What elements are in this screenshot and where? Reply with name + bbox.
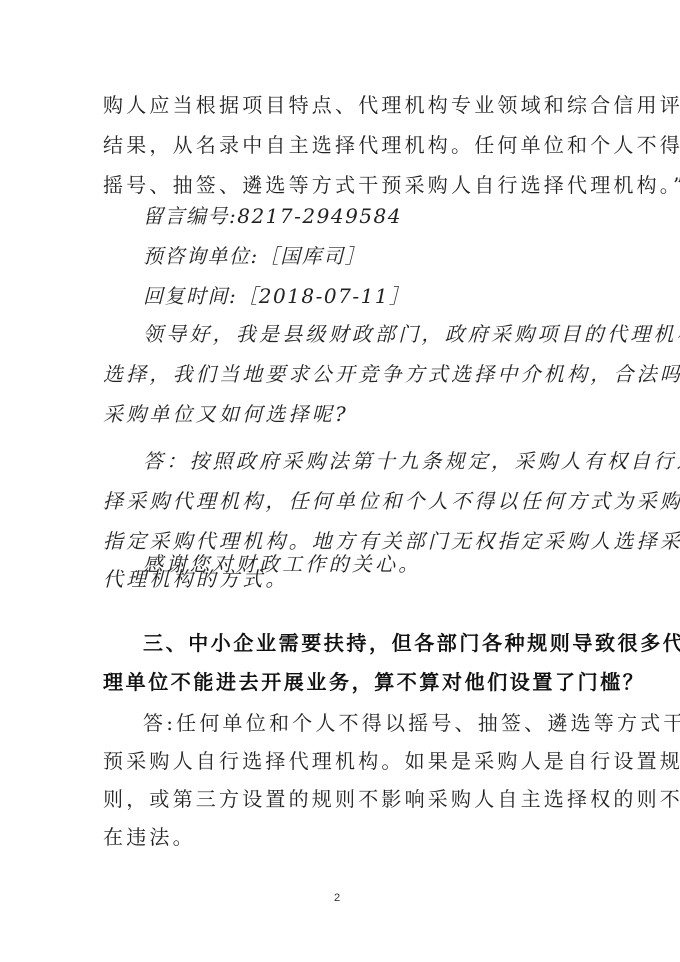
answer-line-2: 择采购代理机构，任何单位和个人不得以任何方式为采购人 bbox=[103, 488, 680, 514]
page-number: 2 bbox=[334, 892, 340, 904]
answer-line-1: 答：按照政府采购法第十九条规定，采购人有权自行选 bbox=[143, 448, 680, 474]
document-page: 购人应当根据项目特点、代理机构专业领域和综合信用评价 结果，从名录中自主选择代理… bbox=[0, 0, 680, 962]
consulted-unit: 预咨询单位:［国库司］ bbox=[143, 243, 366, 269]
question-line-3: 采购单位又如何选择呢? bbox=[103, 401, 349, 427]
thanks-line: 感谢您对财政工作的关心。 bbox=[143, 551, 421, 577]
section-three-answer-line-3: 则，或第三方设置的规则不影响采购人自主选择权的则不存 bbox=[103, 786, 680, 812]
section-three-answer-line-2: 预采购人自行选择代理机构。如果是采购人是自行设置规 bbox=[103, 748, 680, 774]
continued-paragraph-line-3: 摇号、抽签、遴选等方式干预采购人自行选择代理机构。” bbox=[103, 172, 680, 198]
question-line-2: 选择，我们当地要求公开竞争方式选择中介机构，合法吗? bbox=[103, 361, 680, 387]
section-three-answer-line-4: 在违法。 bbox=[103, 824, 196, 850]
continued-paragraph-line-1: 购人应当根据项目特点、代理机构专业领域和综合信用评价 bbox=[103, 92, 680, 118]
message-id: 留言编号:8217-2949584 bbox=[143, 203, 402, 229]
continued-paragraph-line-2: 结果，从名录中自主选择代理机构。任何单位和个人不得以 bbox=[103, 132, 680, 158]
section-three-heading-line-1: 三、中小企业需要扶持，但各部门各种规则导致很多代 bbox=[143, 630, 680, 656]
reply-time: 回复时间:［2018-07-11］ bbox=[143, 283, 411, 309]
section-three-heading-line-2: 理单位不能进去开展业务，算不算对他们设置了门槛？ bbox=[103, 669, 645, 695]
question-line-1: 领导好，我是县级财政部门，政府采购项目的代理机构 bbox=[143, 321, 680, 347]
section-three-answer-line-1: 答:任何单位和个人不得以摇号、抽签、遴选等方式干 bbox=[143, 710, 680, 736]
